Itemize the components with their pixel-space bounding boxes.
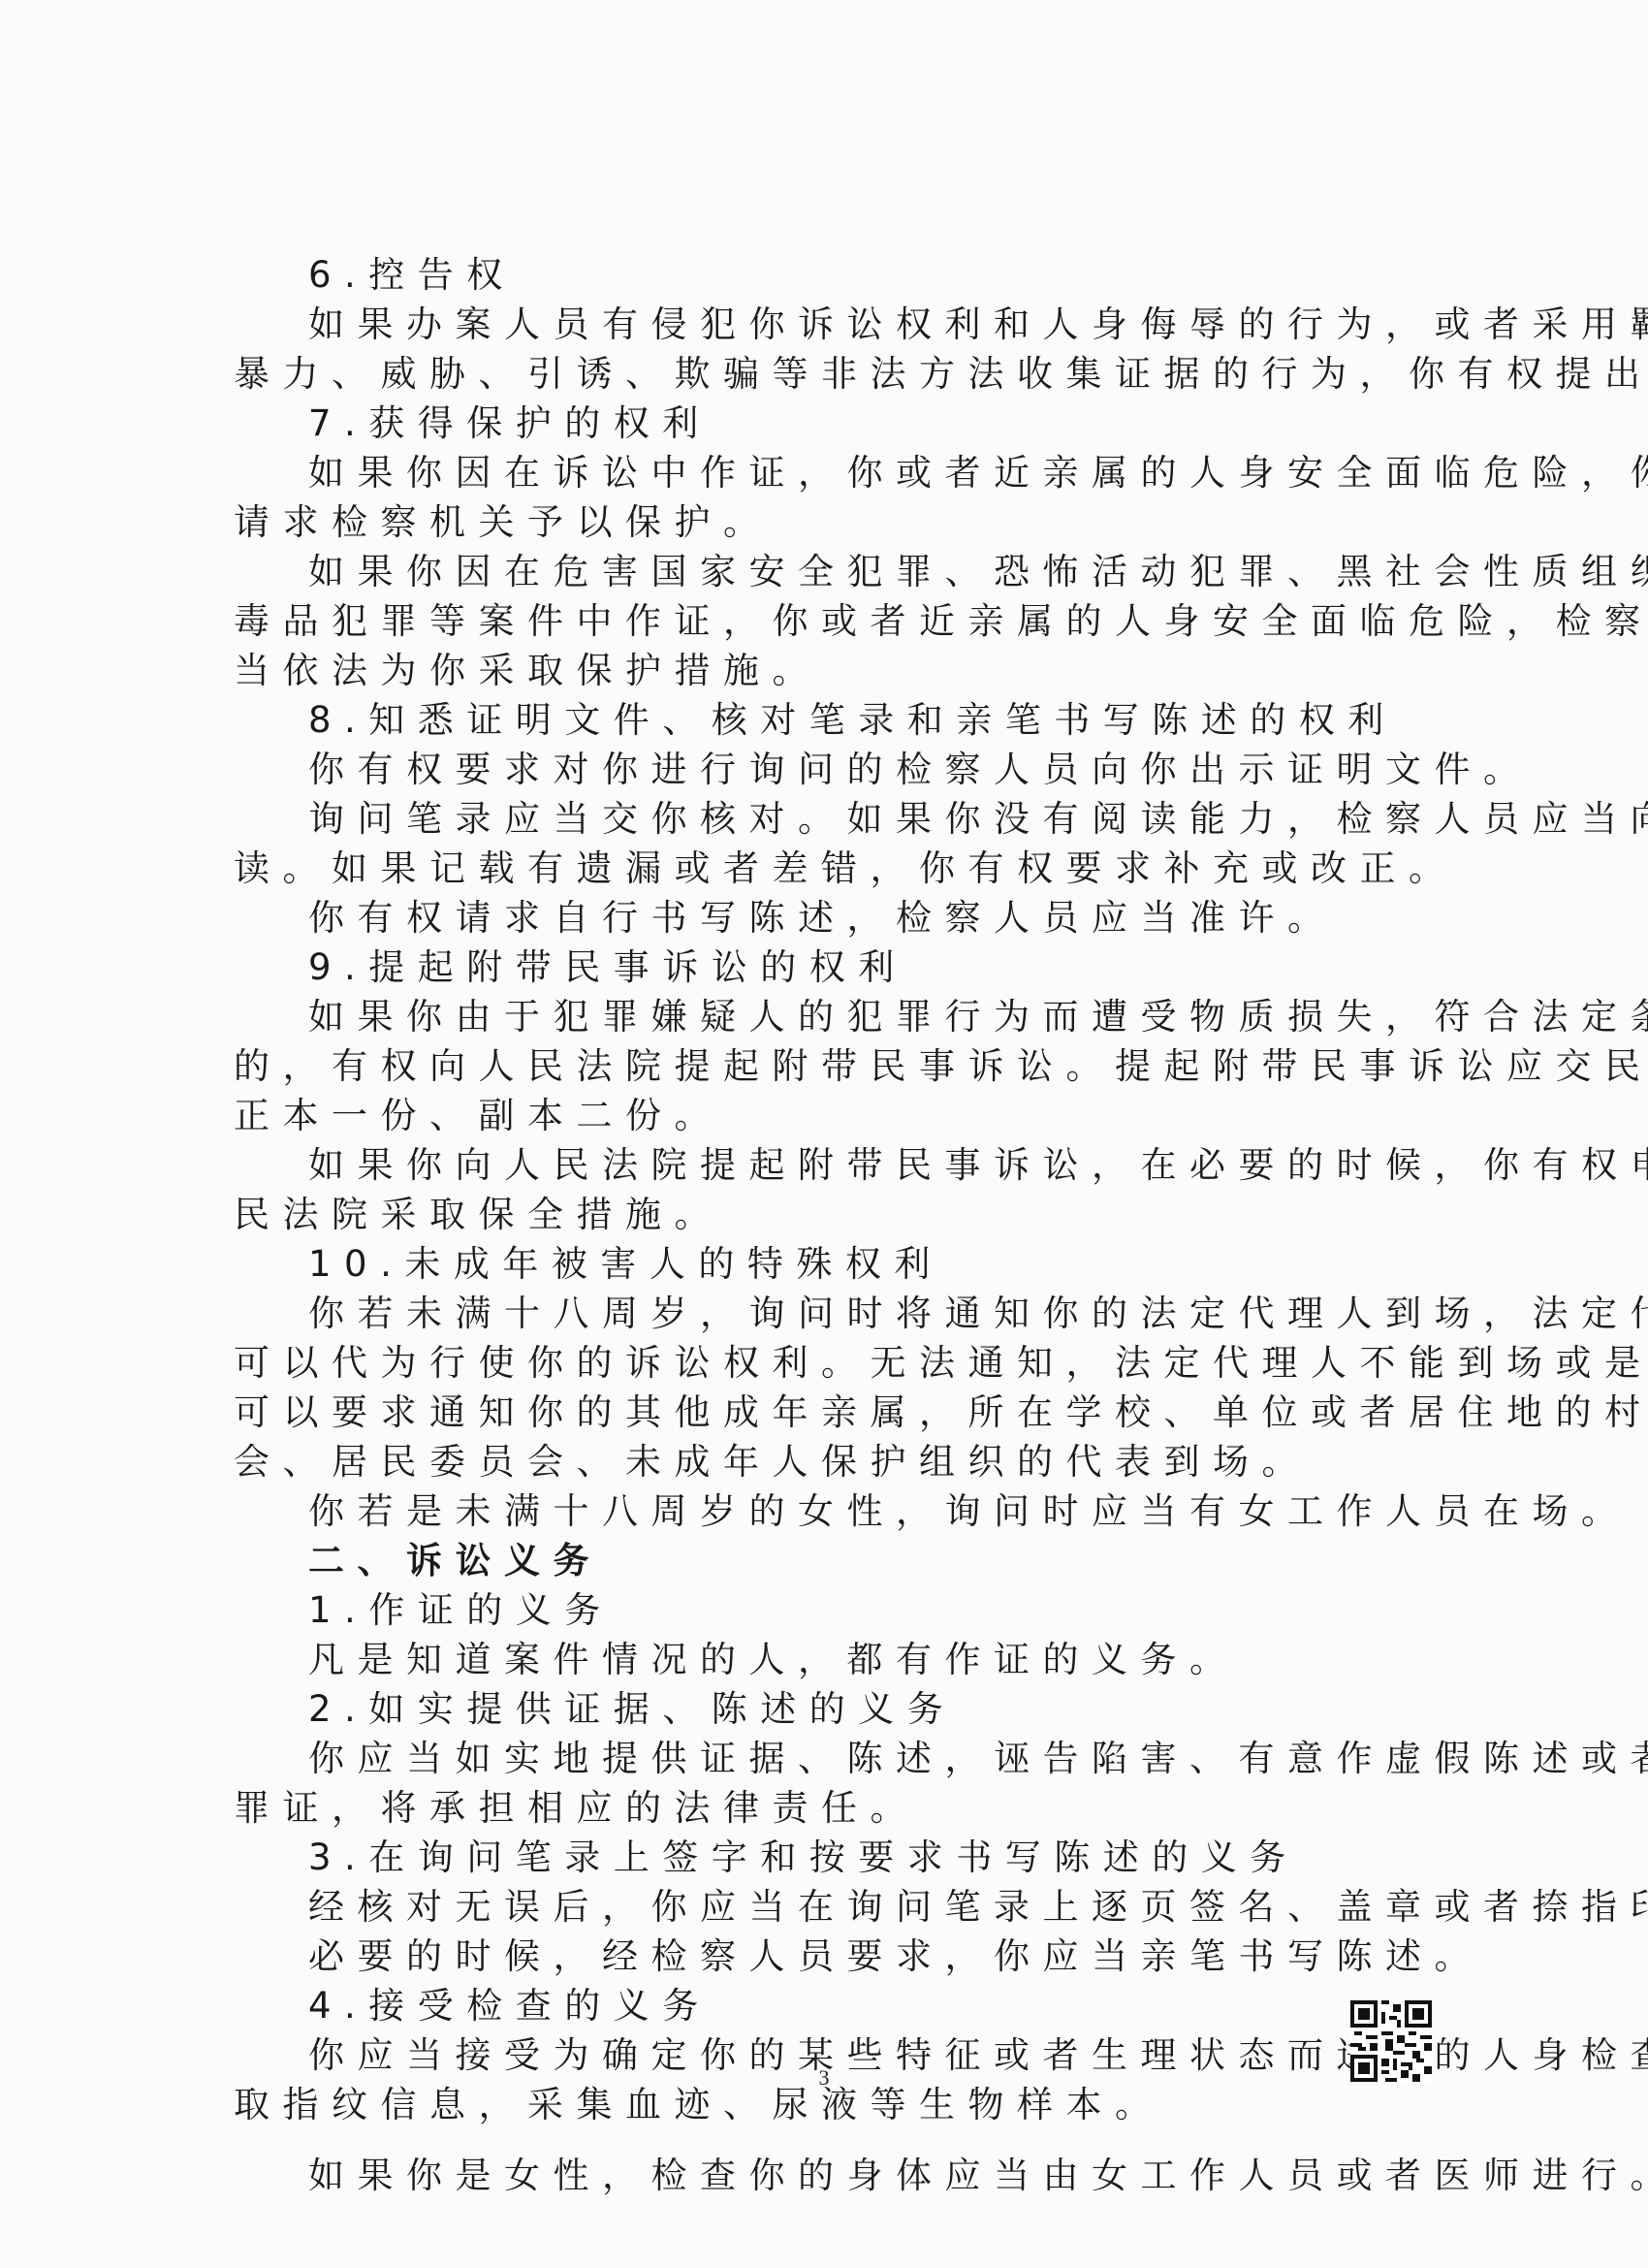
text-line: 请求检察机关予以保护。 — [234, 497, 1453, 547]
text-line: 如果你向人民法院提起附带民事诉讼，在必要的时候，你有权申请人 — [234, 1140, 1453, 1190]
item-heading: 1.作证的义务 — [234, 1585, 1453, 1635]
text-line: 毒品犯罪等案件中作证，你或者近亲属的人身安全面临危险，检察机关应 — [234, 596, 1453, 646]
text-line: 你应当如实地提供证据、陈述，诬告陷害、有意作虚假陈述或者隐匿 — [234, 1734, 1453, 1783]
text-line: 如果办案人员有侵犯你诉讼权利和人身侮辱的行为，或者采用羁押、 — [234, 300, 1453, 349]
text-line: 询问笔录应当交你核对。如果你没有阅读能力，检察人员应当向你宣 — [234, 794, 1453, 844]
text-line: 你有权请求自行书写陈述，检察人员应当准许。 — [234, 893, 1453, 942]
item-heading: 10.未成年被害人的特殊权利 — [234, 1239, 1453, 1289]
text-line: 正本一份、副本二份。 — [234, 1091, 1453, 1140]
item-heading: 9.提起附带民事诉讼的权利 — [234, 942, 1453, 992]
item-heading: 7.获得保护的权利 — [234, 399, 1453, 448]
text-line: 如果你因在诉讼中作证，你或者近亲属的人身安全面临危险，你有权 — [234, 448, 1453, 497]
item-heading: 6.控告权 — [234, 250, 1453, 300]
paragraph-gap — [234, 2129, 1453, 2151]
text-line: 经核对无误后，你应当在询问笔录上逐页签名、盖章或者捺指印。 — [234, 1882, 1453, 1932]
text-line: 读。如果记载有遗漏或者差错，你有权要求补充或改正。 — [234, 844, 1453, 893]
text-line: 如果你由于犯罪嫌疑人的犯罪行为而遭受物质损失，符合法定条件 — [234, 992, 1453, 1041]
text-line: 如果你是女性，检查你的身体应当由女工作人员或者医师进行。 — [234, 2151, 1453, 2200]
text-line: 暴力、威胁、引诱、欺骗等非法方法收集证据的行为，你有权提出控告。 — [234, 349, 1453, 399]
text-line: 如果你因在危害国家安全犯罪、恐怖活动犯罪、黑社会性质组织犯罪、 — [234, 547, 1453, 596]
item-heading: 3.在询问笔录上签字和按要求书写陈述的义务 — [234, 1833, 1453, 1882]
text-line: 必要的时候，经检察人员要求，你应当亲笔书写陈述。 — [234, 1932, 1453, 1981]
section-heading: 二、诉讼义务 — [234, 1536, 1453, 1585]
text-line: 你有权要求对你进行询问的检察人员向你出示证明文件。 — [234, 745, 1453, 794]
text-line: 凡是知道案件情况的人，都有作证的义务。 — [234, 1635, 1453, 1684]
text-line: 会、居民委员会、未成年人保护组织的代表到场。 — [234, 1437, 1453, 1486]
item-heading: 2.如实提供证据、陈述的义务 — [234, 1684, 1453, 1734]
text-line: 罪证，将承担相应的法律责任。 — [234, 1783, 1453, 1833]
item-heading: 8.知悉证明文件、核对笔录和亲笔书写陈述的权利 — [234, 695, 1453, 745]
text-line: 你若是未满十八周岁的女性，询问时应当有女工作人员在场。 — [234, 1486, 1453, 1536]
item-heading: 4.接受检查的义务 — [234, 1981, 1453, 2030]
text-line: 当依法为你采取保护措施。 — [234, 646, 1453, 695]
qr-code-icon — [1350, 2000, 1432, 2082]
text-line: 的，有权向人民法院提起附带民事诉讼。提起附带民事诉讼应交民事诉状 — [234, 1041, 1453, 1091]
text-line: 可以要求通知你的其他成年亲属，所在学校、单位或者居住地的村民委员 — [234, 1388, 1453, 1437]
text-line: 可以代为行使你的诉讼权利。无法通知，法定代理人不能到场或是共犯的， — [234, 1338, 1453, 1388]
text-line: 你若未满十八周岁，询问时将通知你的法定代理人到场，法定代理人 — [234, 1289, 1453, 1338]
document-page: 6.控告权如果办案人员有侵犯你诉讼权利和人身侮辱的行为，或者采用羁押、暴力、威胁… — [234, 250, 1453, 2200]
text-line: 民法院采取保全措施。 — [234, 1190, 1453, 1239]
